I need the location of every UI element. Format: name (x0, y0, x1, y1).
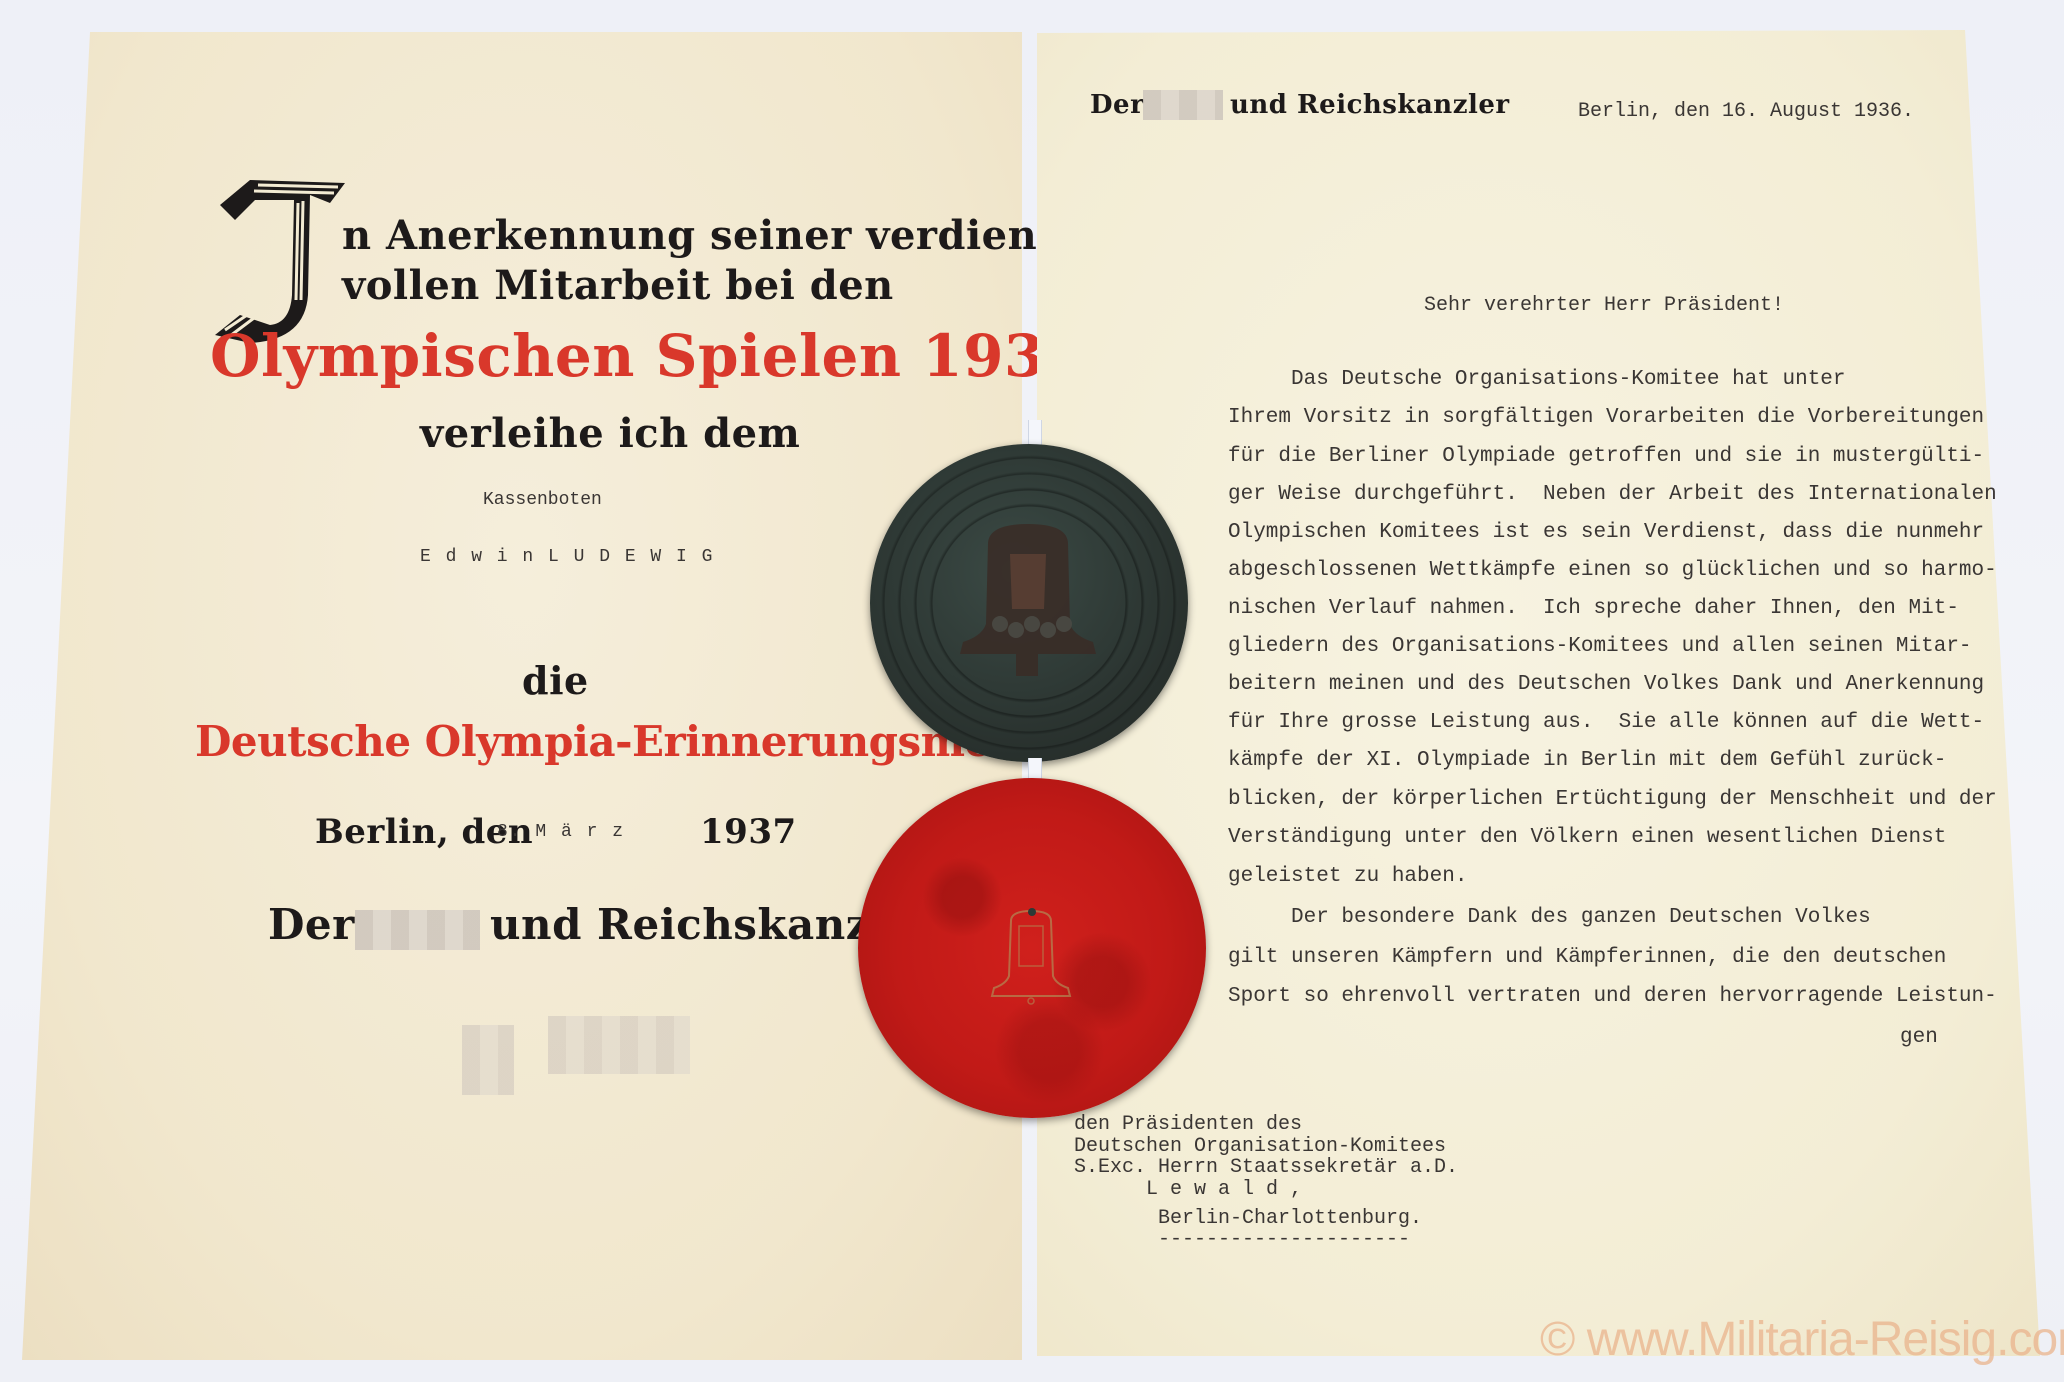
ribbon-strap (1028, 420, 1042, 446)
certificate-date: 8. M ä r z (497, 822, 625, 842)
letterhead-prefix: Der (1090, 90, 1144, 120)
medal-case-lid (858, 778, 1206, 1118)
certificate-line-1: n Anerkennung seiner verdienst- (342, 212, 1096, 259)
olympia-medal (870, 444, 1188, 762)
certificate-article: die (522, 658, 589, 703)
letter-body-line: geleistet zu haben. (1228, 865, 1467, 888)
letterhead-redacted-blur (1143, 90, 1223, 120)
olympic-bell-icon (948, 514, 1108, 684)
watermark: © www.Militaria-Reisig.com (1540, 1312, 2064, 1367)
ribbon-strap (1028, 758, 1042, 780)
letter-body-line: blicken, der körperlichen Ertüchtigung d… (1228, 788, 1997, 811)
page-continuation: gen (1900, 1026, 1938, 1049)
letterhead-suffix: und Reichskanzler (1230, 90, 1510, 120)
recipient-title: Kassenboten (483, 490, 602, 510)
address-line: Berlin-Charlottenburg. (1074, 1207, 1422, 1230)
letter-salutation: Sehr verehrter Herr Präsident! (1424, 294, 1784, 317)
letter-body-line: Ihrem Vorsitz in sorgfältigen Vorarbeite… (1228, 406, 1984, 429)
letter-body-line: ger Weise durchgeführt. Neben der Arbeit… (1228, 483, 1997, 506)
address-line: Deutschen Organisation-Komitees (1074, 1135, 1446, 1158)
recipient-name: E d w i n L U D E W I G (420, 547, 714, 567)
letter-body-line: Olympischen Komitees ist es sein Verdien… (1228, 521, 1984, 544)
address-line: L e w a l d , (1074, 1178, 1302, 1201)
signature-blur-2 (548, 1016, 690, 1074)
letter-body-line: für die Berliner Olympiade getroffen und… (1228, 445, 1984, 468)
address-line: den Präsidenten des (1074, 1113, 1302, 1136)
ornamental-j-icon (210, 175, 350, 345)
signatory-prefix: Der (268, 900, 355, 949)
letter-body-line: Der besondere Dank des ganzen Deutschen … (1228, 906, 1871, 929)
case-clasp (1028, 908, 1036, 916)
letter-body-line: kämpfe der XI. Olympiade in Berlin mit d… (1228, 749, 1946, 772)
letter-body-line: Sport so ehrenvoll vertraten und deren h… (1228, 985, 1997, 1008)
letter-body-line: nischen Verlauf nahmen. Ich spreche dahe… (1228, 597, 1959, 620)
address-line: --------------------- (1074, 1228, 1410, 1251)
letter-body-line: beitern meinen und des Deutschen Volkes … (1228, 673, 1984, 696)
redacted-title-blur (355, 910, 480, 950)
letter-body-line: abgeschlossenen Wettkämpfe einen so glüc… (1228, 559, 1997, 582)
letter-body-line: gilt unseren Kämpfern und Kämpferinnen, … (1228, 946, 1946, 969)
letter-body-line: für Ihre grosse Leistung aus. Sie alle k… (1228, 711, 1984, 734)
letter-body-line: gliedern des Organisations-Komitees und … (1228, 635, 1972, 658)
certificate-year: 1937 (700, 812, 797, 852)
certificate-event-title: Olympischen Spielen 1936 (210, 322, 1086, 390)
letter-body-line: Das Deutsche Organisations-Komitee hat u… (1228, 368, 1846, 391)
signature-blur-1 (462, 1025, 514, 1095)
certificate-line-2: vollen Mitarbeit bei den (342, 262, 894, 309)
gilt-bell-emblem-icon (986, 906, 1076, 1006)
letter-date: Berlin, den 16. August 1936. (1578, 100, 1914, 123)
letter-body-line: Verständigung unter den Völkern einen we… (1228, 826, 1946, 849)
certificate-line-3: verleihe ich dem (420, 410, 800, 457)
address-line: S.Exc. Herrn Staatssekretär a.D. (1074, 1156, 1458, 1179)
